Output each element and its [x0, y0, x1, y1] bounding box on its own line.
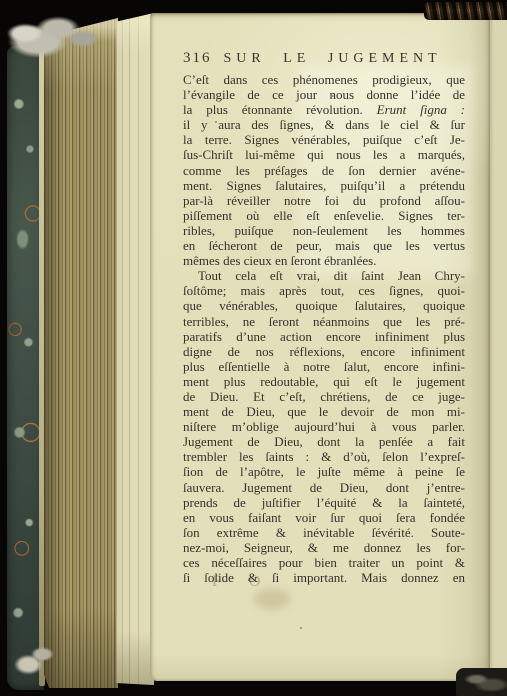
- paragraph: C’eſt dans ces phénomenes prodigieux, qu…: [183, 72, 465, 268]
- stacked-page-edges: [116, 13, 154, 685]
- ink-speck: [300, 627, 302, 629]
- text-line: ſi ſolide & ſi important. Mais donnez en: [183, 570, 465, 585]
- book-page: F O 316 SUR LE JUGEMENT C’eſt dans ces p…: [150, 13, 490, 681]
- cover-corner-bottom-right: [456, 668, 507, 696]
- text-line: piſſement où elle eſt enſevelie. Signes …: [183, 208, 465, 223]
- page-text: 316 SUR LE JUGEMENT C’eſt dans ces phéno…: [183, 50, 465, 585]
- text-line: Jugement de Dieu, dont la penſée a fait: [183, 434, 465, 449]
- paragraphs: C’eſt dans ces phénomenes prodigieux, qu…: [183, 72, 465, 585]
- text-line: comme les préſages de ſon dernier avéne-: [183, 163, 465, 178]
- text-line: ment. Signes ſalutaires, puiſqu’il a pré…: [183, 178, 465, 193]
- text-line: prends de juſtifier l’équité & la ſainte…: [183, 495, 465, 510]
- page-header: 316 SUR LE JUGEMENT: [183, 50, 465, 69]
- text-line: digne de nos réflexions, encore infinime…: [183, 344, 465, 359]
- text-line: ces néceſſaires pour bien traiter un poi…: [183, 555, 465, 570]
- text-line: plus eſſentielle à notre ſalut, encore i…: [183, 359, 465, 374]
- text-line: terribles, ne ſeront néanmoins que les p…: [183, 314, 465, 329]
- page-block-edges: [44, 18, 118, 688]
- text-line: ſus-Chriſt lui-même qui nous les a marqu…: [183, 147, 465, 162]
- headband: [424, 2, 507, 20]
- text-line: il y aura des ſignes, & dans le ciel & ſ…: [183, 117, 465, 132]
- book-photo: F O 316 SUR LE JUGEMENT C’eſt dans ces p…: [0, 0, 507, 696]
- page-number: 316: [183, 50, 212, 67]
- text-line: trembler les ſaints : & d’où, ſelon l’ex…: [183, 449, 465, 464]
- text-line: par-là réveiller notre foi du profond aſ…: [183, 193, 465, 208]
- text-line: que vénérables, quoique ſalutaires, quoi…: [183, 298, 465, 313]
- text-line: en ſécheront de peur, mais que les vertu…: [183, 238, 465, 253]
- facing-page-edge: [488, 16, 507, 678]
- running-title: SUR LE JUGEMENT: [224, 51, 442, 67]
- text-line: la plus étonnante révolution. Erunt ſign…: [183, 102, 465, 117]
- text-line: la terre. Signes vénérables, puiſque c’e…: [183, 132, 465, 147]
- text-line: niſtere m’oblige aujourd’hui à vous parl…: [183, 419, 465, 434]
- text-line: mêmes des cieux en ſeront ébranlées.: [183, 253, 465, 268]
- foxing-stain: [254, 589, 290, 609]
- text-line: l’évangile de ce jour nous donne l’idée …: [183, 87, 465, 102]
- text-line: de Dieu. Et c’eſt, chrétiens, de ce juge…: [183, 389, 465, 404]
- text-line: ſauvera. Jugement de Dieu, dont j’entre-: [183, 480, 465, 495]
- text-line: ribles, puiſque non-ſeulement les hommes: [183, 223, 465, 238]
- text-line: ſion de l’apôtre, le juſte même à peine …: [183, 464, 465, 479]
- text-line: ment de Dieu, que le devoir de mon mi-: [183, 404, 465, 419]
- text-line: paratifs d’une action encore infiniment …: [183, 329, 465, 344]
- text-line: Tout cela eſt vrai, dit ſaint Jean Chry-: [183, 268, 465, 283]
- paragraph: Tout cela eſt vrai, dit ſaint Jean Chry-…: [183, 268, 465, 585]
- text-line: nez-moi, Seigneur, & me donnez les for-: [183, 540, 465, 555]
- text-line: ſon extrême & inévitable ſévérité. Soute…: [183, 525, 465, 540]
- text-line: C’eſt dans ces phénomenes prodigieux, qu…: [183, 72, 465, 87]
- text-line: ſoſtôme; mais après tout, ces ſignes, qu…: [183, 283, 465, 298]
- text-line: en vous faiſant voir ſur quoi ſera fondé…: [183, 510, 465, 525]
- text-line: ment plus redoutable, qui eſt le jugemen…: [183, 374, 465, 389]
